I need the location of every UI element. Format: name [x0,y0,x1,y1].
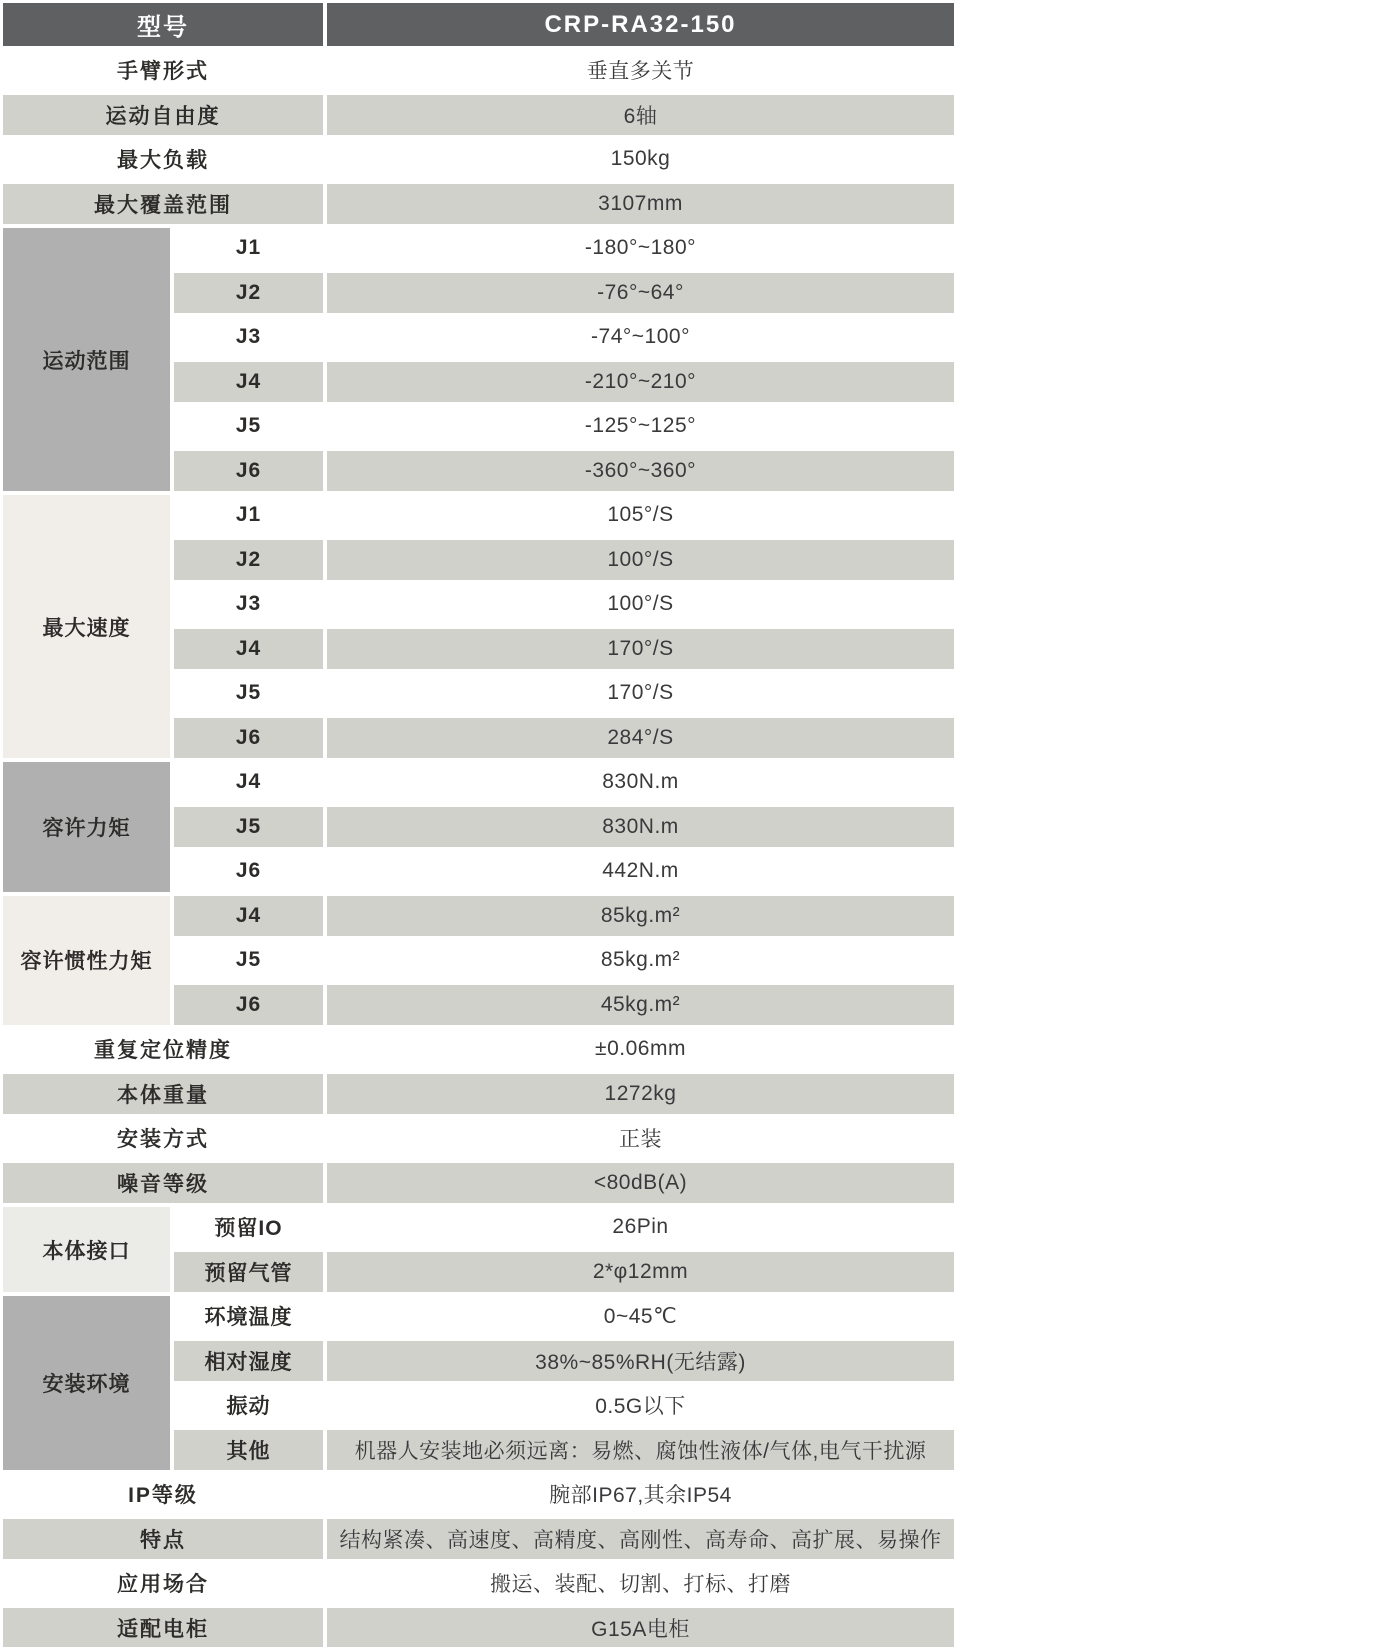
joint-row: J6 442N.m [174,851,954,892]
joint-label: J3 [174,584,323,625]
row-label: 特点 [3,1519,323,1560]
row-label: 安装方式 [3,1118,323,1159]
row-value: ±0.06mm [327,1029,954,1070]
row-value: 垂直多关节 [327,50,954,91]
row-value: -125°~125° [327,406,954,447]
joint-row: J5 -125°~125° [174,406,954,447]
spec-row-cabinet: 适配电柜 G15A电柜 [3,1608,954,1647]
joint-label: J5 [174,807,323,848]
sub-label: 环境温度 [174,1296,323,1337]
sub-row: 预留IO 26Pin [174,1207,954,1248]
joint-row: J4 170°/S [174,629,954,670]
model-value-cell: CRP-RA32-150 [327,3,954,46]
row-value: 105°/S [327,495,954,536]
joint-label: J2 [174,540,323,581]
group-body-interface: 本体接口 预留IO 26Pin 预留气管 2*φ12mm [3,1207,954,1292]
spec-row-mounting: 安装方式 正装 [3,1118,954,1159]
row-value: 结构紧凑、高速度、高精度、高刚性、高寿命、高扩展、易操作 [327,1519,954,1560]
row-value: 100°/S [327,540,954,581]
header-row: 型号 CRP-RA32-150 [3,3,954,46]
group-rows: 预留IO 26Pin 预留气管 2*φ12mm [174,1207,954,1292]
row-label: 最大覆盖范围 [3,184,323,225]
spec-row-max-reach: 最大覆盖范围 3107mm [3,184,954,225]
row-value: 正装 [327,1118,954,1159]
row-value: G15A电柜 [327,1608,954,1647]
sub-label: 预留气管 [174,1252,323,1293]
row-value: 100°/S [327,584,954,625]
group-motion-range: 运动范围 J1 -180°~180° J2 -76°~64° J3 -74°~1… [3,228,954,491]
spec-row-dof: 运动自由度 6轴 [3,95,954,136]
joint-label: J1 [174,495,323,536]
joint-label: J2 [174,273,323,314]
row-value: -210°~210° [327,362,954,403]
sub-row: 预留气管 2*φ12mm [174,1252,954,1293]
model-label-cell: 型号 [3,3,323,46]
row-value: 150kg [327,139,954,180]
row-value: -74°~100° [327,317,954,358]
joint-label: J3 [174,317,323,358]
joint-label: J5 [174,673,323,714]
joint-row: J3 -74°~100° [174,317,954,358]
row-value: 2*φ12mm [327,1252,954,1293]
group-max-speed: 最大速度 J1 105°/S J2 100°/S J3 100°/S J4 17… [3,495,954,758]
group-label: 本体接口 [3,1207,170,1292]
joint-row: J5 85kg.m² [174,940,954,981]
row-label: 本体重量 [3,1074,323,1115]
row-value: 0~45℃ [327,1296,954,1337]
group-label: 运动范围 [3,228,170,491]
joint-label: J4 [174,629,323,670]
row-value: 0.5G以下 [327,1385,954,1426]
row-value: <80dB(A) [327,1163,954,1204]
joint-label: J6 [174,851,323,892]
joint-row: J2 -76°~64° [174,273,954,314]
row-value: 腕部IP67,其余IP54 [327,1474,954,1515]
row-label: 噪音等级 [3,1163,323,1204]
sub-label: 预留IO [174,1207,323,1248]
group-label: 安装环境 [3,1296,170,1470]
sub-row: 其他 机器人安装地必须远离：易燃、腐蚀性液体/气体,电气干扰源 [174,1430,954,1471]
joint-row: J6 -360°~360° [174,451,954,492]
row-value: 搬运、装配、切割、打标、打磨 [327,1563,954,1604]
spec-row-repeatability: 重复定位精度 ±0.06mm [3,1029,954,1070]
row-value: -76°~64° [327,273,954,314]
spec-row-arm-type: 手臂形式 垂直多关节 [3,50,954,91]
row-value: 1272kg [327,1074,954,1115]
row-value: 26Pin [327,1207,954,1248]
group-label: 最大速度 [3,495,170,758]
row-label: 手臂形式 [3,50,323,91]
joint-row: J5 170°/S [174,673,954,714]
spec-row-ip-rating: IP等级 腕部IP67,其余IP54 [3,1474,954,1515]
joint-row: J4 -210°~210° [174,362,954,403]
joint-row: J4 85kg.m² [174,896,954,937]
joint-label: J6 [174,451,323,492]
joint-row: J5 830N.m [174,807,954,848]
group-rows: J1 -180°~180° J2 -76°~64° J3 -74°~100° J… [174,228,954,491]
row-value: -360°~360° [327,451,954,492]
joint-row: J4 830N.m [174,762,954,803]
joint-label: J5 [174,940,323,981]
joint-label: J4 [174,762,323,803]
joint-label: J1 [174,228,323,269]
joint-row: J1 105°/S [174,495,954,536]
sub-row: 环境温度 0~45℃ [174,1296,954,1337]
row-value: 机器人安装地必须远离：易燃、腐蚀性液体/气体,电气干扰源 [327,1430,954,1471]
joint-row: J3 100°/S [174,584,954,625]
row-label: IP等级 [3,1474,323,1515]
joint-row: J6 284°/S [174,718,954,759]
group-rows: 环境温度 0~45℃ 相对湿度 38%~85%RH(无结露) 振动 0.5G以下… [174,1296,954,1470]
row-value: 85kg.m² [327,940,954,981]
sub-row: 相对湿度 38%~85%RH(无结露) [174,1341,954,1382]
row-value: 830N.m [327,762,954,803]
row-value: 38%~85%RH(无结露) [327,1341,954,1382]
group-rows: J4 830N.m J5 830N.m J6 442N.m [174,762,954,892]
joint-row: J1 -180°~180° [174,228,954,269]
row-value: 170°/S [327,629,954,670]
row-value: -180°~180° [327,228,954,269]
row-value: 3107mm [327,184,954,225]
spec-row-body-weight: 本体重量 1272kg [3,1074,954,1115]
row-label: 应用场合 [3,1563,323,1604]
row-value: 85kg.m² [327,896,954,937]
group-rows: J1 105°/S J2 100°/S J3 100°/S J4 170°/S … [174,495,954,758]
joint-label: J5 [174,406,323,447]
row-value: 442N.m [327,851,954,892]
row-value: 830N.m [327,807,954,848]
joint-row: J2 100°/S [174,540,954,581]
row-value: 284°/S [327,718,954,759]
row-value: 45kg.m² [327,985,954,1026]
joint-row: J6 45kg.m² [174,985,954,1026]
spec-row-noise-level: 噪音等级 <80dB(A) [3,1163,954,1204]
group-allowable-torque: 容许力矩 J4 830N.m J5 830N.m J6 442N.m [3,762,954,892]
sub-label: 相对湿度 [174,1341,323,1382]
group-label: 容许惯性力矩 [3,896,170,1026]
spec-row-max-payload: 最大负载 150kg [3,139,954,180]
joint-label: J6 [174,718,323,759]
joint-label: J4 [174,362,323,403]
spec-table: 型号 CRP-RA32-150 手臂形式 垂直多关节 运动自由度 6轴 最大负载… [3,3,954,1647]
spec-row-features: 特点 结构紧凑、高速度、高精度、高刚性、高寿命、高扩展、易操作 [3,1519,954,1560]
group-rows: J4 85kg.m² J5 85kg.m² J6 45kg.m² [174,896,954,1026]
group-label: 容许力矩 [3,762,170,892]
sub-label: 其他 [174,1430,323,1471]
row-value: 6轴 [327,95,954,136]
joint-label: J4 [174,896,323,937]
sub-row: 振动 0.5G以下 [174,1385,954,1426]
row-label: 适配电柜 [3,1608,323,1647]
group-install-env: 安装环境 环境温度 0~45℃ 相对湿度 38%~85%RH(无结露) 振动 0… [3,1296,954,1470]
row-label: 重复定位精度 [3,1029,323,1070]
group-allowable-inertia: 容许惯性力矩 J4 85kg.m² J5 85kg.m² J6 45kg.m² [3,896,954,1026]
row-label: 运动自由度 [3,95,323,136]
row-label: 最大负载 [3,139,323,180]
spec-row-applications: 应用场合 搬运、装配、切割、打标、打磨 [3,1563,954,1604]
sub-label: 振动 [174,1385,323,1426]
joint-label: J6 [174,985,323,1026]
row-value: 170°/S [327,673,954,714]
